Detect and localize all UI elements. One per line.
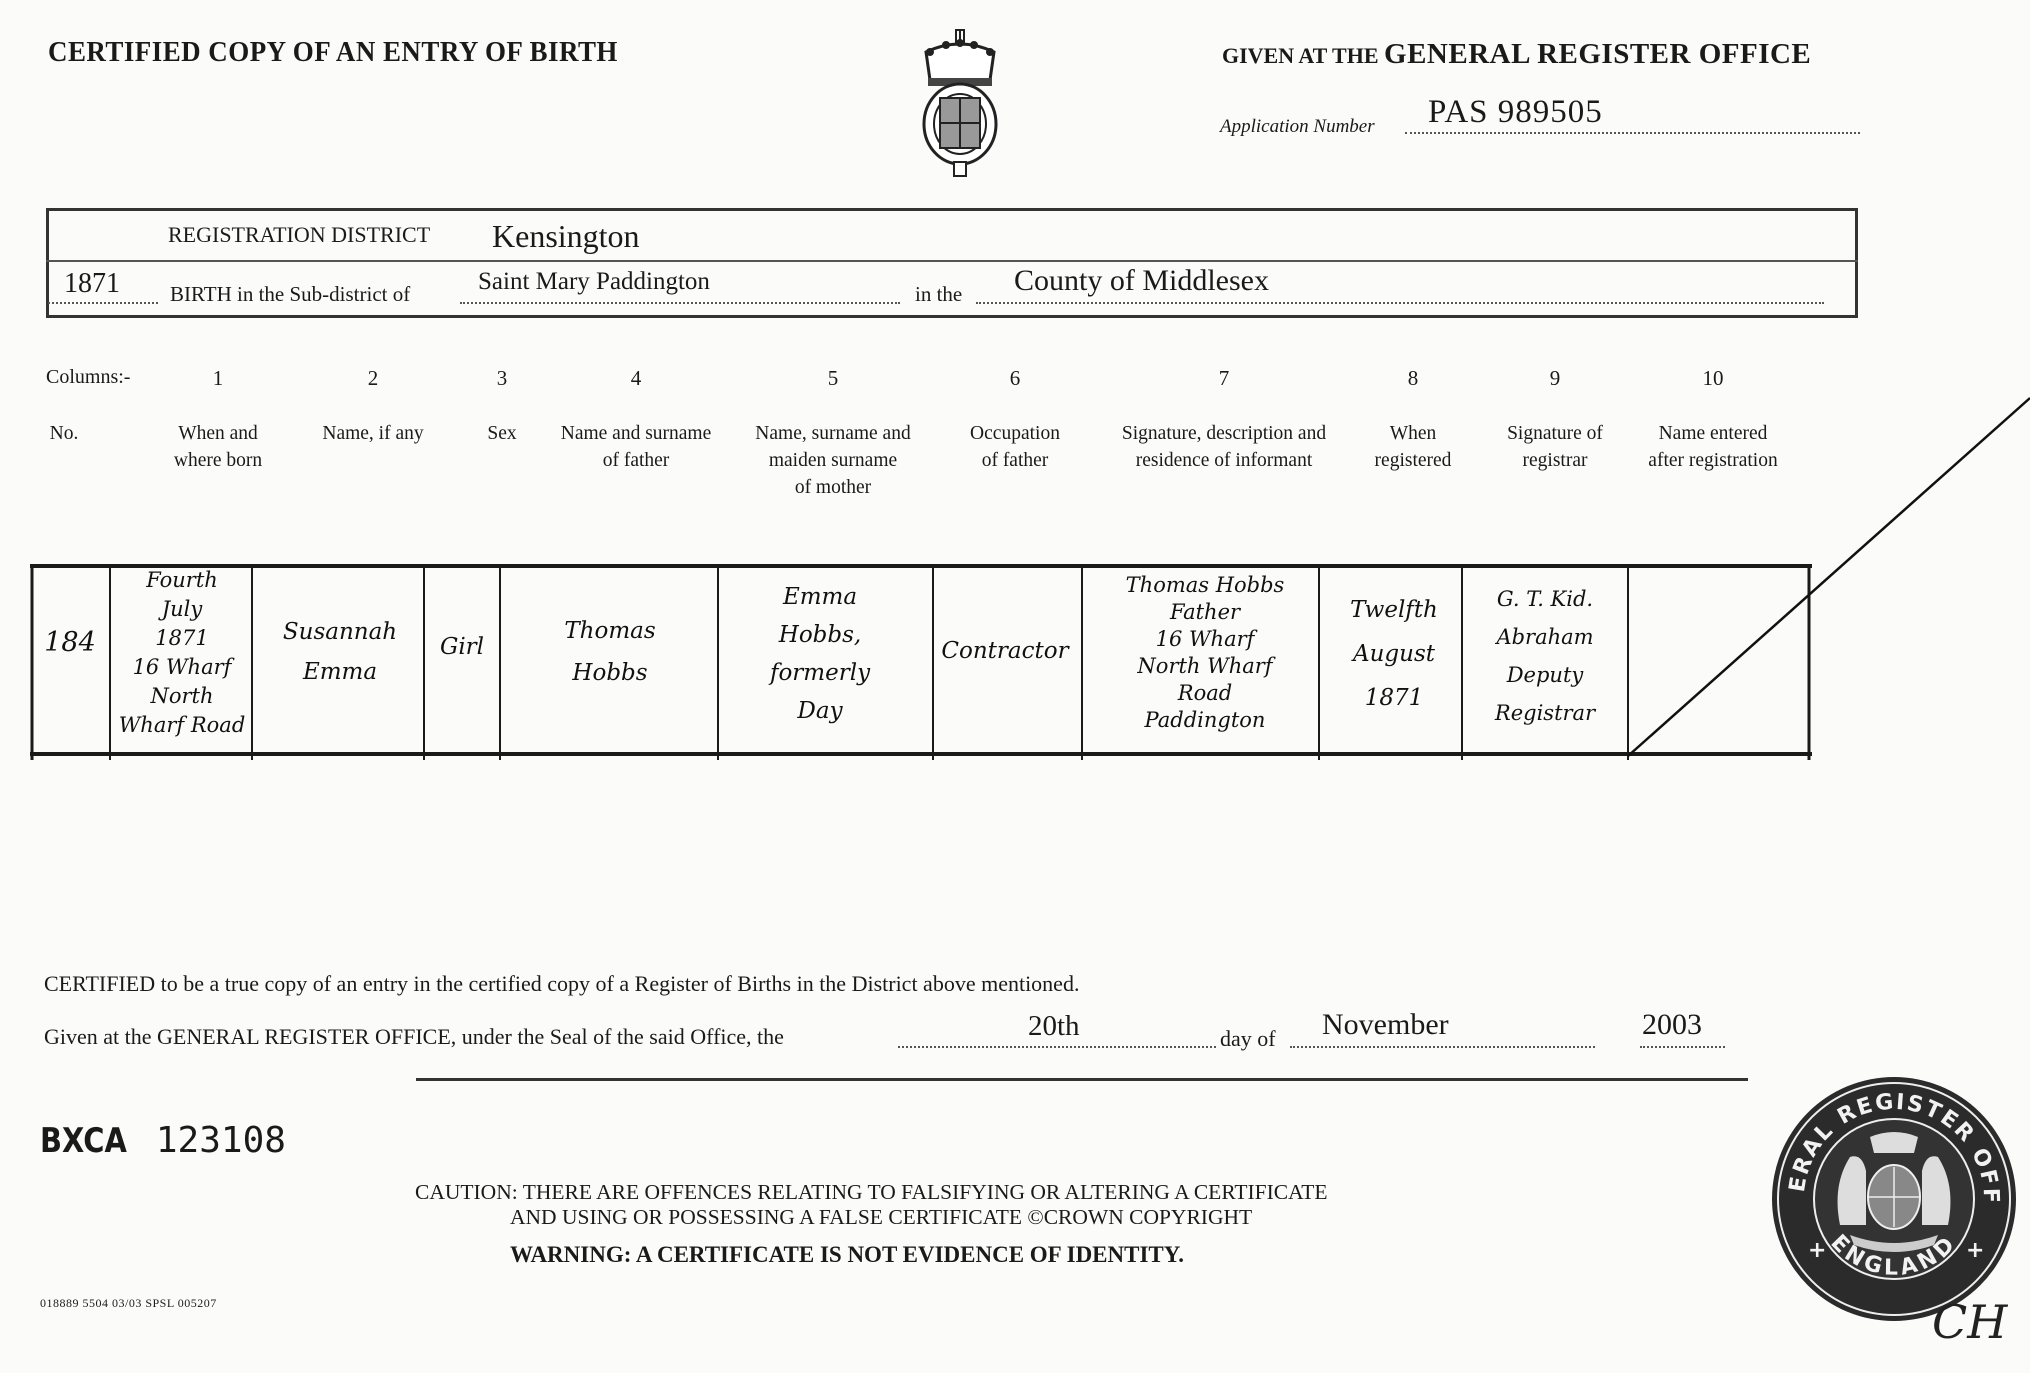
entry-when-registered: Twelfth August 1871: [1350, 588, 1438, 720]
column-heading-occupation: Occupation of father: [970, 420, 1060, 474]
given-at-heading: GIVEN AT THE GENERAL REGISTER OFFICE: [1222, 38, 1811, 71]
column-number: 1: [198, 366, 238, 391]
entry-registrar-signature: G. T. Kid. Abraham Deputy Registrar: [1495, 580, 1595, 732]
application-number-dotted-line: [1405, 132, 1860, 134]
column-heading-father: Name and surname of father: [561, 420, 712, 474]
column-number: 6: [995, 366, 1035, 391]
column-number: 8: [1393, 366, 1433, 391]
column-number: 4: [616, 366, 656, 391]
subdistrict-dotted-line: [460, 302, 900, 304]
columns-label: Columns:-: [46, 366, 130, 389]
column-heading-name: Name, if any: [322, 420, 423, 447]
entry-mother-name: Emma Hobbs, formerly Day: [770, 578, 870, 730]
column-number: 10: [1693, 366, 1733, 391]
given-at-prefix: GIVEN AT THE: [1222, 43, 1379, 68]
given-at-office: GENERAL REGISTER OFFICE: [1384, 38, 1811, 70]
month-dotted-line: [1290, 1046, 1595, 1048]
certificate-serial-number: BXCA 123108: [40, 1120, 286, 1161]
certification-month: November: [1322, 1008, 1449, 1042]
caution-line-2: AND USING OR POSSESSING A FALSE CERTIFIC…: [510, 1205, 1252, 1230]
entry-when-where-born: Fourth July 1871 16 Wharf North Wharf Ro…: [119, 566, 246, 740]
day-dotted-line: [898, 1046, 1216, 1048]
certification-day: 20th: [1028, 1010, 1080, 1043]
general-register-office-seal-icon: GENERAL REGISTER OFFICE ENGLAND + +: [1770, 1075, 2018, 1323]
entry-father-occupation: Contractor: [941, 636, 1068, 666]
entry-father-name: Thomas Hobbs: [564, 610, 655, 694]
entry-sex: Girl: [440, 632, 484, 662]
application-number-value: PAS 989505: [1428, 94, 1603, 131]
day-of-label: day of: [1220, 1026, 1276, 1052]
entry-number: 184: [44, 628, 96, 658]
column-number: 2: [353, 366, 393, 391]
application-number-label: Application Number: [1220, 116, 1375, 138]
column-heading-sex: Sex: [487, 420, 516, 447]
county-label: in the: [915, 282, 962, 307]
registration-district-label: REGISTRATION DISTRICT: [168, 222, 430, 248]
cancellation-diagonal-line: [1600, 390, 2030, 765]
column-heading-mother: Name, surname and maiden surname of moth…: [755, 420, 910, 501]
column-heading-when-registered: When registered: [1375, 420, 1452, 474]
column-number: 3: [482, 366, 522, 391]
document-title: CERTIFIED COPY OF AN ENTRY OF BIRTH: [48, 36, 618, 69]
column-number: 7: [1204, 366, 1244, 391]
serial-prefix: BXCA: [40, 1121, 127, 1161]
identity-warning: WARNING: A CERTIFICATE IS NOT EVIDENCE O…: [510, 1242, 1184, 1268]
horizontal-rule: [416, 1078, 1748, 1081]
column-heading-informant: Signature, description and residence of …: [1122, 420, 1326, 474]
certification-statement: CERTIFIED to be a true copy of an entry …: [44, 971, 1079, 997]
svg-text:+: +: [1808, 1238, 1826, 1263]
subdistrict-label: BIRTH in the Sub-district of: [170, 282, 410, 307]
given-at-statement: Given at the GENERAL REGISTER OFFICE, un…: [44, 1024, 784, 1050]
column-number: 9: [1535, 366, 1575, 391]
svg-text:+: +: [1966, 1238, 1984, 1263]
royal-crest-icon: [916, 28, 1004, 180]
handwritten-initials: CH: [1932, 1295, 2007, 1349]
column-number: 5: [813, 366, 853, 391]
year-dotted-line: [1640, 1046, 1725, 1048]
column-heading-when-where-born: When and where born: [174, 420, 262, 474]
column-heading-registrar: Signature of registrar: [1507, 420, 1603, 474]
registration-district-value: Kensington: [492, 218, 640, 255]
column-heading-no: No.: [50, 420, 79, 447]
caution-line-1: CAUTION: THERE ARE OFFENCES RELATING TO …: [415, 1180, 1328, 1205]
entry-informant: Thomas Hobbs Father 16 Wharf North Wharf…: [1126, 572, 1285, 734]
subdistrict-value: Saint Mary Paddington: [478, 268, 710, 296]
entry-child-name: Susannah Emma: [283, 612, 397, 692]
print-code: 018889 5504 03/03 SPSL 005207: [40, 1296, 217, 1311]
county-dotted-line: [976, 302, 1824, 304]
year-dotted-line: [48, 302, 158, 304]
serial-digits: 123108: [156, 1120, 286, 1161]
certification-year: 2003: [1642, 1008, 1702, 1042]
district-box-divider: [46, 260, 1858, 262]
registration-year: 1871: [64, 268, 120, 300]
county-value: County of Middlesex: [1014, 264, 1269, 298]
